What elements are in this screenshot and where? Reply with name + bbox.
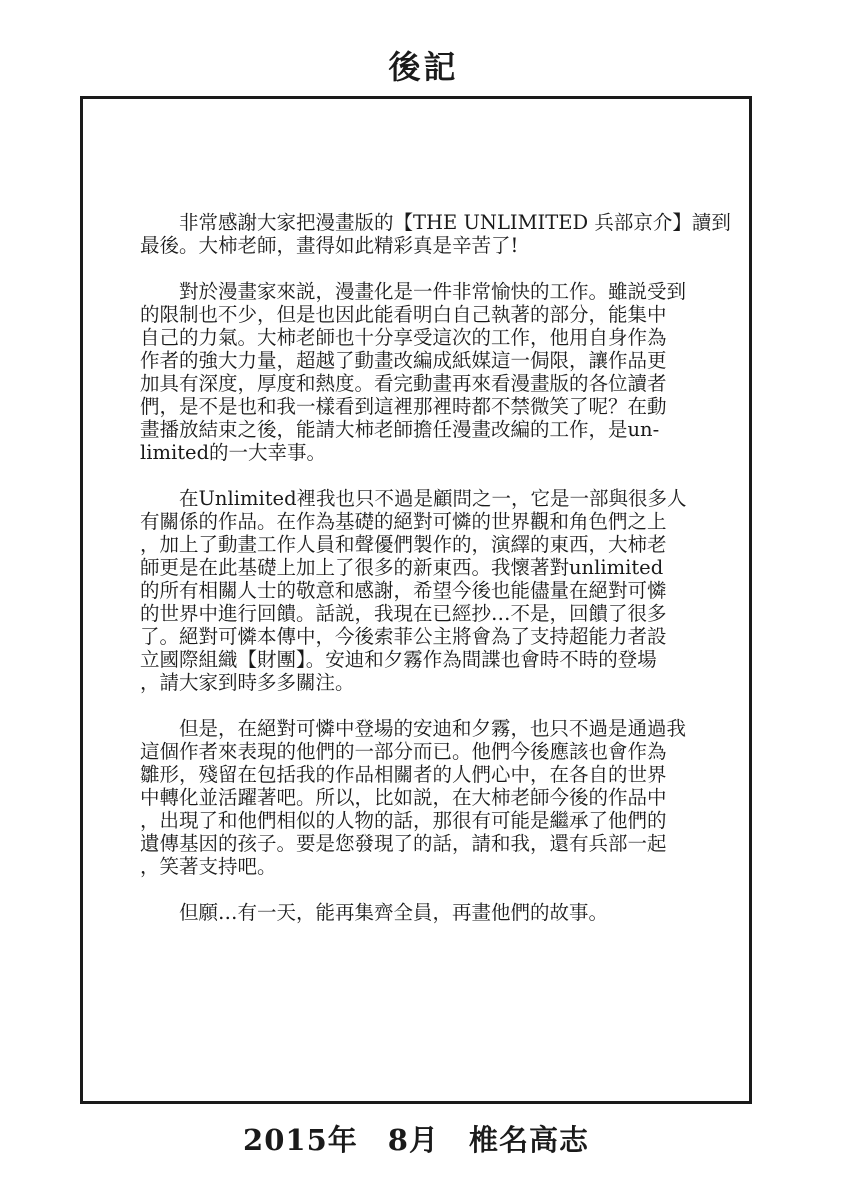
afterword-text: 非常感謝大家把漫畫版的【THE UNLIMITED 兵部京介】讀到 最後。大柿老… xyxy=(140,99,692,924)
signature-date-author: 2015年 8月 椎名高志 xyxy=(80,1122,752,1158)
paragraph-andy-yugiri: 但是，在絕對可憐中登場的安迪和夕霧，也只不過是通過我 這個作者來表現的他們的一部… xyxy=(140,717,692,878)
afterword-page: 後記 非常感謝大家把漫畫版的【THE UNLIMITED 兵部京介】讀到 最後。… xyxy=(0,0,847,1200)
paragraph-manga-adaptation: 對於漫畫家來説，漫畫化是一件非常愉快的工作。雖説受到 的限制也不少，但是也因此能… xyxy=(140,280,692,464)
paragraph-thanks: 非常感謝大家把漫畫版的【THE UNLIMITED 兵部京介】讀到 最後。大柿老… xyxy=(140,211,692,257)
page-title: 後記 xyxy=(0,48,847,86)
afterword-text-box: 非常感謝大家把漫畫版的【THE UNLIMITED 兵部京介】讀到 最後。大柿老… xyxy=(80,96,752,1104)
paragraph-closing-wish: 但願…有一天，能再集齊全員，再畫他們的故事。 xyxy=(140,901,692,924)
paragraph-unlimited-advisor: 在Unlimited裡我也只不過是顧問之一，它是一部與很多人 有關係的作品。在作… xyxy=(140,487,692,694)
